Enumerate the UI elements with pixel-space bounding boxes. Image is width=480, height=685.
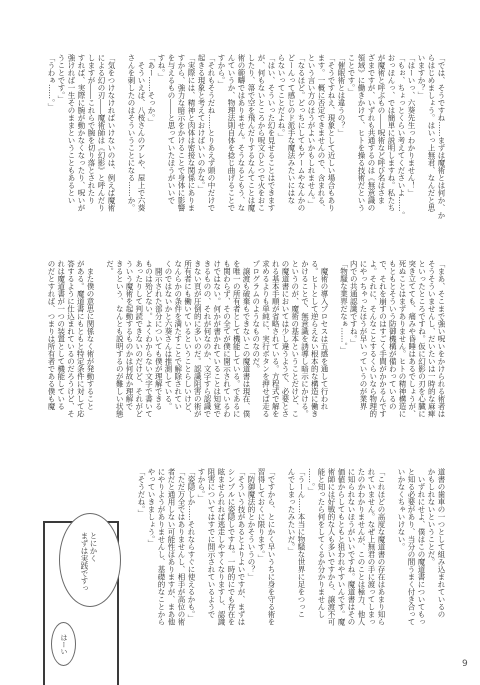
text-column: よ。それに、そんなことするくらいなら物理的 bbox=[368, 260, 378, 426]
text-column: 領域》に働きかけて、ヒトを操る技術だという bbox=[356, 54, 366, 220]
text-column: 死ぬことはまずありません。ヒトの精神構造に bbox=[397, 260, 407, 426]
text-column: 「あー……そっか。」 bbox=[146, 54, 156, 220]
text-column: ものは殆どない。よくわからない文字で書いて bbox=[144, 260, 154, 426]
text-column: ういう魔術を起動するものかは何故か理解で bbox=[124, 260, 134, 426]
text-column bbox=[116, 54, 126, 220]
text-column: 「もぉ、ちょっとくらい考えてくださいよ……。 bbox=[396, 54, 406, 220]
text-column: 阻害についてはすでに開示されているようで bbox=[206, 468, 216, 634]
text-column: といったところですね。仮に幻影の刃を心臓に bbox=[417, 260, 427, 426]
text-column: も関わらず、その全てが僕に開示されているわ bbox=[222, 260, 232, 426]
text-column: 魔術の導入プロセスは五感を通して行われ bbox=[319, 260, 329, 426]
text-column: すから。」 bbox=[196, 468, 206, 634]
text-column: 「はい、そういった幻を見せることはできます bbox=[266, 54, 276, 220]
text-column: あったりして判読できないのだけど、それがど bbox=[134, 260, 144, 426]
speech-bubble-text: とにかく まずは実践ですっ bbox=[80, 532, 98, 592]
text-column: れは魔道書が一つの装置として機能している bbox=[56, 260, 66, 426]
text-column: どーんって感じのド派手な魔法みたいにはな bbox=[286, 54, 296, 220]
speech-bubble-small: はーい bbox=[51, 622, 76, 666]
text-column: すから、強力な暗示をかけることで身体に影響 bbox=[176, 54, 186, 220]
text-column: 「催眠術とは違うの？」 bbox=[336, 54, 346, 220]
text-column: すね。」 bbox=[156, 54, 166, 220]
text-column: 「そうですねえ、現象として近しい場合もあり bbox=[326, 54, 336, 220]
page-number: 9 bbox=[462, 659, 468, 669]
text-column: 所有者にも働いているということらしいけど、 bbox=[183, 260, 193, 426]
text-column: おっほんっ、では簡単に説明しますね。私たち bbox=[386, 54, 396, 220]
text-column: たのかわかりませんが、このことは極力、他人 bbox=[356, 468, 366, 634]
text-column: 「物騒な業界だなぁ……。」 bbox=[339, 260, 349, 426]
text-column: 譲渡も破棄もできないこの魔道書は現在、僕 bbox=[241, 260, 251, 426]
text-column: 開示された部分についても僕が理解できる bbox=[154, 260, 164, 426]
text-column: れていません。なぜ上無君の手に渡ってしまっ bbox=[366, 468, 376, 634]
text-column: 突き立てても、痛みや昏睡はあるでしょうが、 bbox=[407, 260, 417, 426]
text-column: 起きる現象と考えておけばいいのかな。」 bbox=[196, 54, 206, 220]
text-column: のだとすれば、つまりは所有者である僕も魔 bbox=[46, 260, 56, 426]
text-column: に知られないほうがいいですね。魔道書はその bbox=[346, 468, 356, 634]
text-column bbox=[276, 468, 286, 634]
text-column: による幻の刃――魔術師は《幻影》と呼んだり bbox=[96, 54, 106, 220]
text-column: したり、箒で空を飛んだりするなんてことは魔 bbox=[246, 54, 256, 220]
text-column: 求めるよりも単純に、実行ボタンを押せば走る bbox=[261, 260, 271, 426]
text-column: を唯一の所有者として機能している。であるに bbox=[232, 260, 242, 426]
text-column bbox=[386, 468, 396, 634]
text-column: 「そういう技があるとよりよいですが、まずは bbox=[236, 468, 246, 634]
text-column: だ。 bbox=[105, 260, 115, 426]
text-column: くのではないかと六葵さんは推測している。 bbox=[163, 260, 173, 426]
text-column: の魔道書においては少し違うようで、必要とさ bbox=[280, 260, 290, 426]
text-column: やっていきましょう。」 bbox=[146, 468, 156, 634]
text-column: らないってことだよね。」 bbox=[276, 54, 286, 220]
text-column: にやっちゃったほうが早いっていうのが業界 bbox=[358, 260, 368, 426]
text-column: いかなくちゃいけない。 bbox=[396, 468, 406, 634]
text-column: がある。魔道書にもともと特定条件に対して応 bbox=[76, 260, 86, 426]
text-column: れる基本手順が省略されている。方程式で解を bbox=[271, 260, 281, 426]
text-column: んていうか、物理法則自体を捻じ曲げることで bbox=[226, 54, 236, 220]
text-column: しますが――これらで腕を切り落とされたり bbox=[86, 54, 96, 220]
text-column: いずれにせよ、僕はこの魔道書についてもっ bbox=[416, 468, 426, 634]
speech-bubble-large: とにかく まずは実践ですっ bbox=[59, 513, 121, 607]
text-column: る。ヒトとして逆らえない根本的な構造に働き bbox=[310, 260, 320, 426]
text-column: 答するように仕込まれているのだろうけど、そ bbox=[66, 260, 76, 426]
text-column: んでしまったみたいだ。」 bbox=[286, 468, 296, 634]
text-column: 内での共通認識ですね。」 bbox=[349, 260, 359, 426]
text-column: らはじめましょう。はいっ上無君、なんだと思 bbox=[426, 54, 436, 220]
text-column: 道書の歯車の一つとして組み込まれているの bbox=[436, 468, 446, 634]
text-column: 「うーん……本当に物騒な世界に足をつっこ bbox=[296, 468, 306, 634]
text-column: きるという、なんとも説明するのが難しい状態 bbox=[115, 260, 125, 426]
text-column: 「それもそうだね……とりあえず頭の中だけで bbox=[206, 54, 216, 220]
bubble-line: はーい bbox=[59, 634, 68, 655]
text-column: 術師には好戦的な人も多いですから、譲渡不可 bbox=[326, 468, 336, 634]
text-column: 価値からしてもともと狙われやすいんです。魔 bbox=[336, 468, 346, 634]
text-column: が魔術と呼ぶもの――呪術など呼び名はさま bbox=[376, 54, 386, 220]
text-column: 「そうだね。」 bbox=[136, 468, 146, 634]
text-column bbox=[95, 260, 105, 426]
text-column: かもしれないということだ。 bbox=[426, 468, 436, 634]
text-column: ます。一概に否定できませんので、含まれる、 bbox=[316, 54, 326, 220]
bubble-line: まずは実践ですっ bbox=[80, 532, 89, 592]
text-column: ざまですが、いずれも共通するのは《無意識の bbox=[366, 54, 376, 220]
text-column: 術の範疇ではありません。そうなるともう、な bbox=[236, 54, 246, 220]
text-column: にやりようがありませんし、基礎的なことから bbox=[156, 468, 166, 634]
text-column: 「気をつけなければいけないのは、例えば魔術 bbox=[106, 54, 116, 220]
text-block-top: 「では、そうですね……まずは魔術とは何か、からはじめましょう。はいっ上無君、なん… bbox=[46, 54, 446, 220]
text-column: 「なるほど。どっちにしてもゲームやなんかの bbox=[296, 54, 306, 220]
text-column bbox=[329, 260, 339, 426]
text-column: で、それを崩すのはすごく手間がかかるんです bbox=[378, 260, 388, 426]
text-column: きない頁が圧倒的に多いのだ。認識阻害の術が bbox=[193, 260, 203, 426]
text-column: 「うわぁ……。」 bbox=[46, 54, 56, 220]
text-column: うことです。」 bbox=[56, 54, 66, 220]
text-column: 「まあ、そこまで強い呪いをかけられる術者は bbox=[436, 260, 446, 426]
text-column: さんを刺したのはそういうことになる……か。 bbox=[126, 54, 136, 220]
text-column: ……。」 bbox=[306, 468, 316, 634]
text-column: けではない。何かが書かれていることは知覚で bbox=[212, 260, 222, 426]
text-column: プログラムのようなものなのだ。 bbox=[251, 260, 261, 426]
text-column: 「ですから、とにかく早いうちに身を守る術を bbox=[266, 468, 276, 634]
text-column: と知る必要があり、当分の間うまく付き合って bbox=[406, 468, 416, 634]
text-column: 「実際には、精神と肉体は密接な関係にありま bbox=[186, 54, 196, 220]
text-block-middle: 「まあ、そこまで強い呪いをかけられる術者はそうそういませんし、だいたいは一時的な… bbox=[46, 260, 446, 426]
text-column: 「姿隠しか……それならすぐに使えるかも。」 bbox=[186, 468, 196, 634]
text-column: というのが、魔術の基本ということだけど、こ bbox=[290, 260, 300, 426]
bubble-line: とにかく bbox=[89, 532, 98, 592]
text-column: 能と知ったら何をしてくるか分かりませんし bbox=[316, 468, 326, 634]
text-column: もともとそういう防御機構が備わっているの bbox=[388, 260, 398, 426]
speech-bubble-text: はーい bbox=[59, 634, 68, 655]
text-column: 眩ませられれば逃走しやすくなりますし、認識 bbox=[216, 468, 226, 634]
text-column: すから。」 bbox=[216, 54, 226, 220]
text-column: 「防御魔法的とかそういうの？」 bbox=[246, 468, 256, 634]
text-column: すれば、実際に腕が動かなくなったり、呪いが bbox=[76, 54, 86, 220]
text-column: ことです。」 bbox=[346, 54, 356, 220]
text-column: 習得しておくに限ります。」 bbox=[256, 468, 266, 634]
text-column: という言い方のほうがよいかもしれません。」 bbox=[306, 54, 316, 220]
text-column: 者だと通用しない可能性はありますが、まあ他 bbox=[166, 468, 176, 634]
text-column: きるものの、それが何なのか、文字すら認識で bbox=[202, 260, 212, 426]
text-column: そうそういませんし、だいたいは一時的な麻痺 bbox=[427, 260, 437, 426]
text-column: そういえば、八桜さんのアレや、屋上で六葵 bbox=[136, 54, 146, 220]
text-column: なんらかの条件を満たすことで解除されてい bbox=[173, 260, 183, 426]
text-column: 強ければ一生そのままということもあるとい bbox=[66, 54, 76, 220]
text-column: かけることで、無意識を誘導し暗示にかける。 bbox=[300, 260, 310, 426]
text-column: シンプルに姿隠しですね。一時的にでも存在を bbox=[226, 468, 236, 634]
document-page: 「では、そうですね……まずは魔術とは何か、からはじめましょう。はいっ上無君、なん… bbox=[0, 0, 480, 685]
text-column: が、何もないところから呪文ひとつで火をおこ bbox=[256, 54, 266, 220]
text-column: いますか？」 bbox=[416, 54, 426, 220]
text-column: また僕の意思に関係なく術が発動すること bbox=[85, 260, 95, 426]
text-column: 「これほどの高度な魔道書の存在はあまり知ら bbox=[376, 468, 386, 634]
text-column: 「はーいっ、六葵先生っわかりません！」 bbox=[406, 54, 416, 220]
text-column: 「では、そうですね……まずは魔術とは何か、か bbox=[436, 54, 446, 220]
text-block-bottom: 道書の歯車の一つとして組み込まれているのかもしれないということだ。 いずれにせよ… bbox=[136, 468, 446, 634]
text-column: を与えるもの――と思っていたほうがいいで bbox=[166, 54, 176, 220]
text-column: 「ただ万全ではありませんし、相手が高位の術 bbox=[176, 468, 186, 634]
